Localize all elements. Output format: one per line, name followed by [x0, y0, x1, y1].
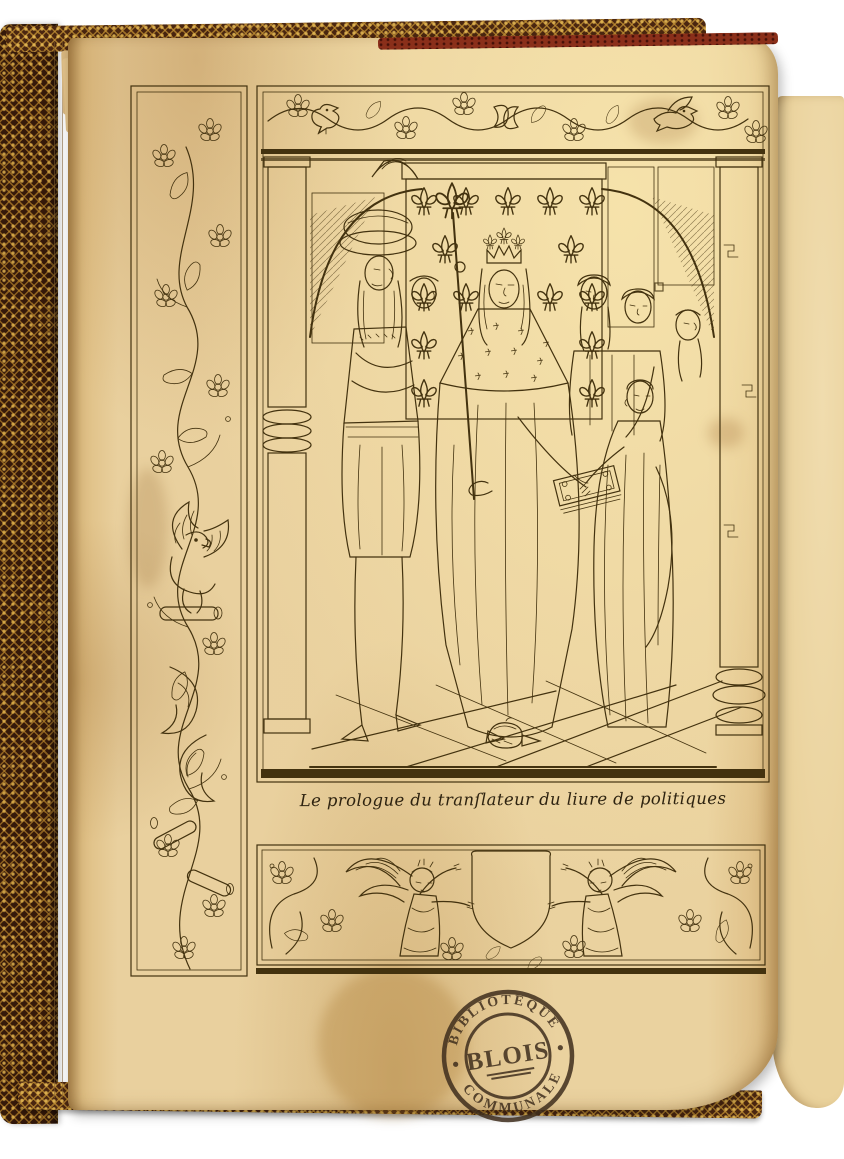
- flying-bird-icon: [654, 97, 697, 131]
- left-column: [263, 157, 311, 733]
- acanthus-scrolls: [162, 667, 214, 802]
- presented-book-icon: [554, 466, 622, 514]
- cut-branch-icons: [151, 818, 234, 898]
- stamp-center-text: BLOIS: [465, 1037, 552, 1077]
- angels-shield-panel: [256, 844, 766, 974]
- vine-stem: [154, 147, 221, 969]
- sceptre: [453, 213, 474, 499]
- angel-left-icon: [346, 858, 474, 956]
- panel-foliage-right: [677, 858, 753, 954]
- tiled-floor: [310, 681, 742, 767]
- leather-spine-gold-tooling: [0, 24, 58, 1124]
- standing-bird-icon: [312, 105, 339, 135]
- woodcut-caption: Le prologue du tranſlateur du liure de p…: [256, 789, 770, 811]
- eagle-icon: [160, 502, 229, 620]
- book-photograph: Le prologue du tranſlateur du liure de p…: [0, 0, 844, 1159]
- border-leaves: [162, 172, 210, 818]
- king-figure: [436, 183, 588, 746]
- woodcut-base-bar: [261, 769, 765, 778]
- ermine-mantle: [440, 309, 568, 391]
- recto-page: Le prologue du tranſlateur du liure de p…: [68, 38, 778, 1110]
- courtier-with-plume: [340, 158, 438, 741]
- right-column: [713, 157, 765, 735]
- facing-page-edge: [772, 96, 844, 1108]
- panel-base-rule: [256, 968, 766, 974]
- floral-border-panel: [130, 85, 248, 977]
- crown: [487, 246, 521, 263]
- woodcut-outer-frame: [257, 86, 769, 782]
- panel-foliage-left: [269, 858, 345, 954]
- library-stamp: BIBLIOTEQUE COMMUNALE BLOIS: [428, 976, 588, 1136]
- bird-and-flower-frieze: [268, 93, 769, 144]
- blank-shield: [472, 851, 551, 948]
- kneeling-translator: [580, 380, 673, 727]
- frieze-divider-bar: [261, 149, 765, 154]
- presentation-woodcut: [256, 85, 770, 783]
